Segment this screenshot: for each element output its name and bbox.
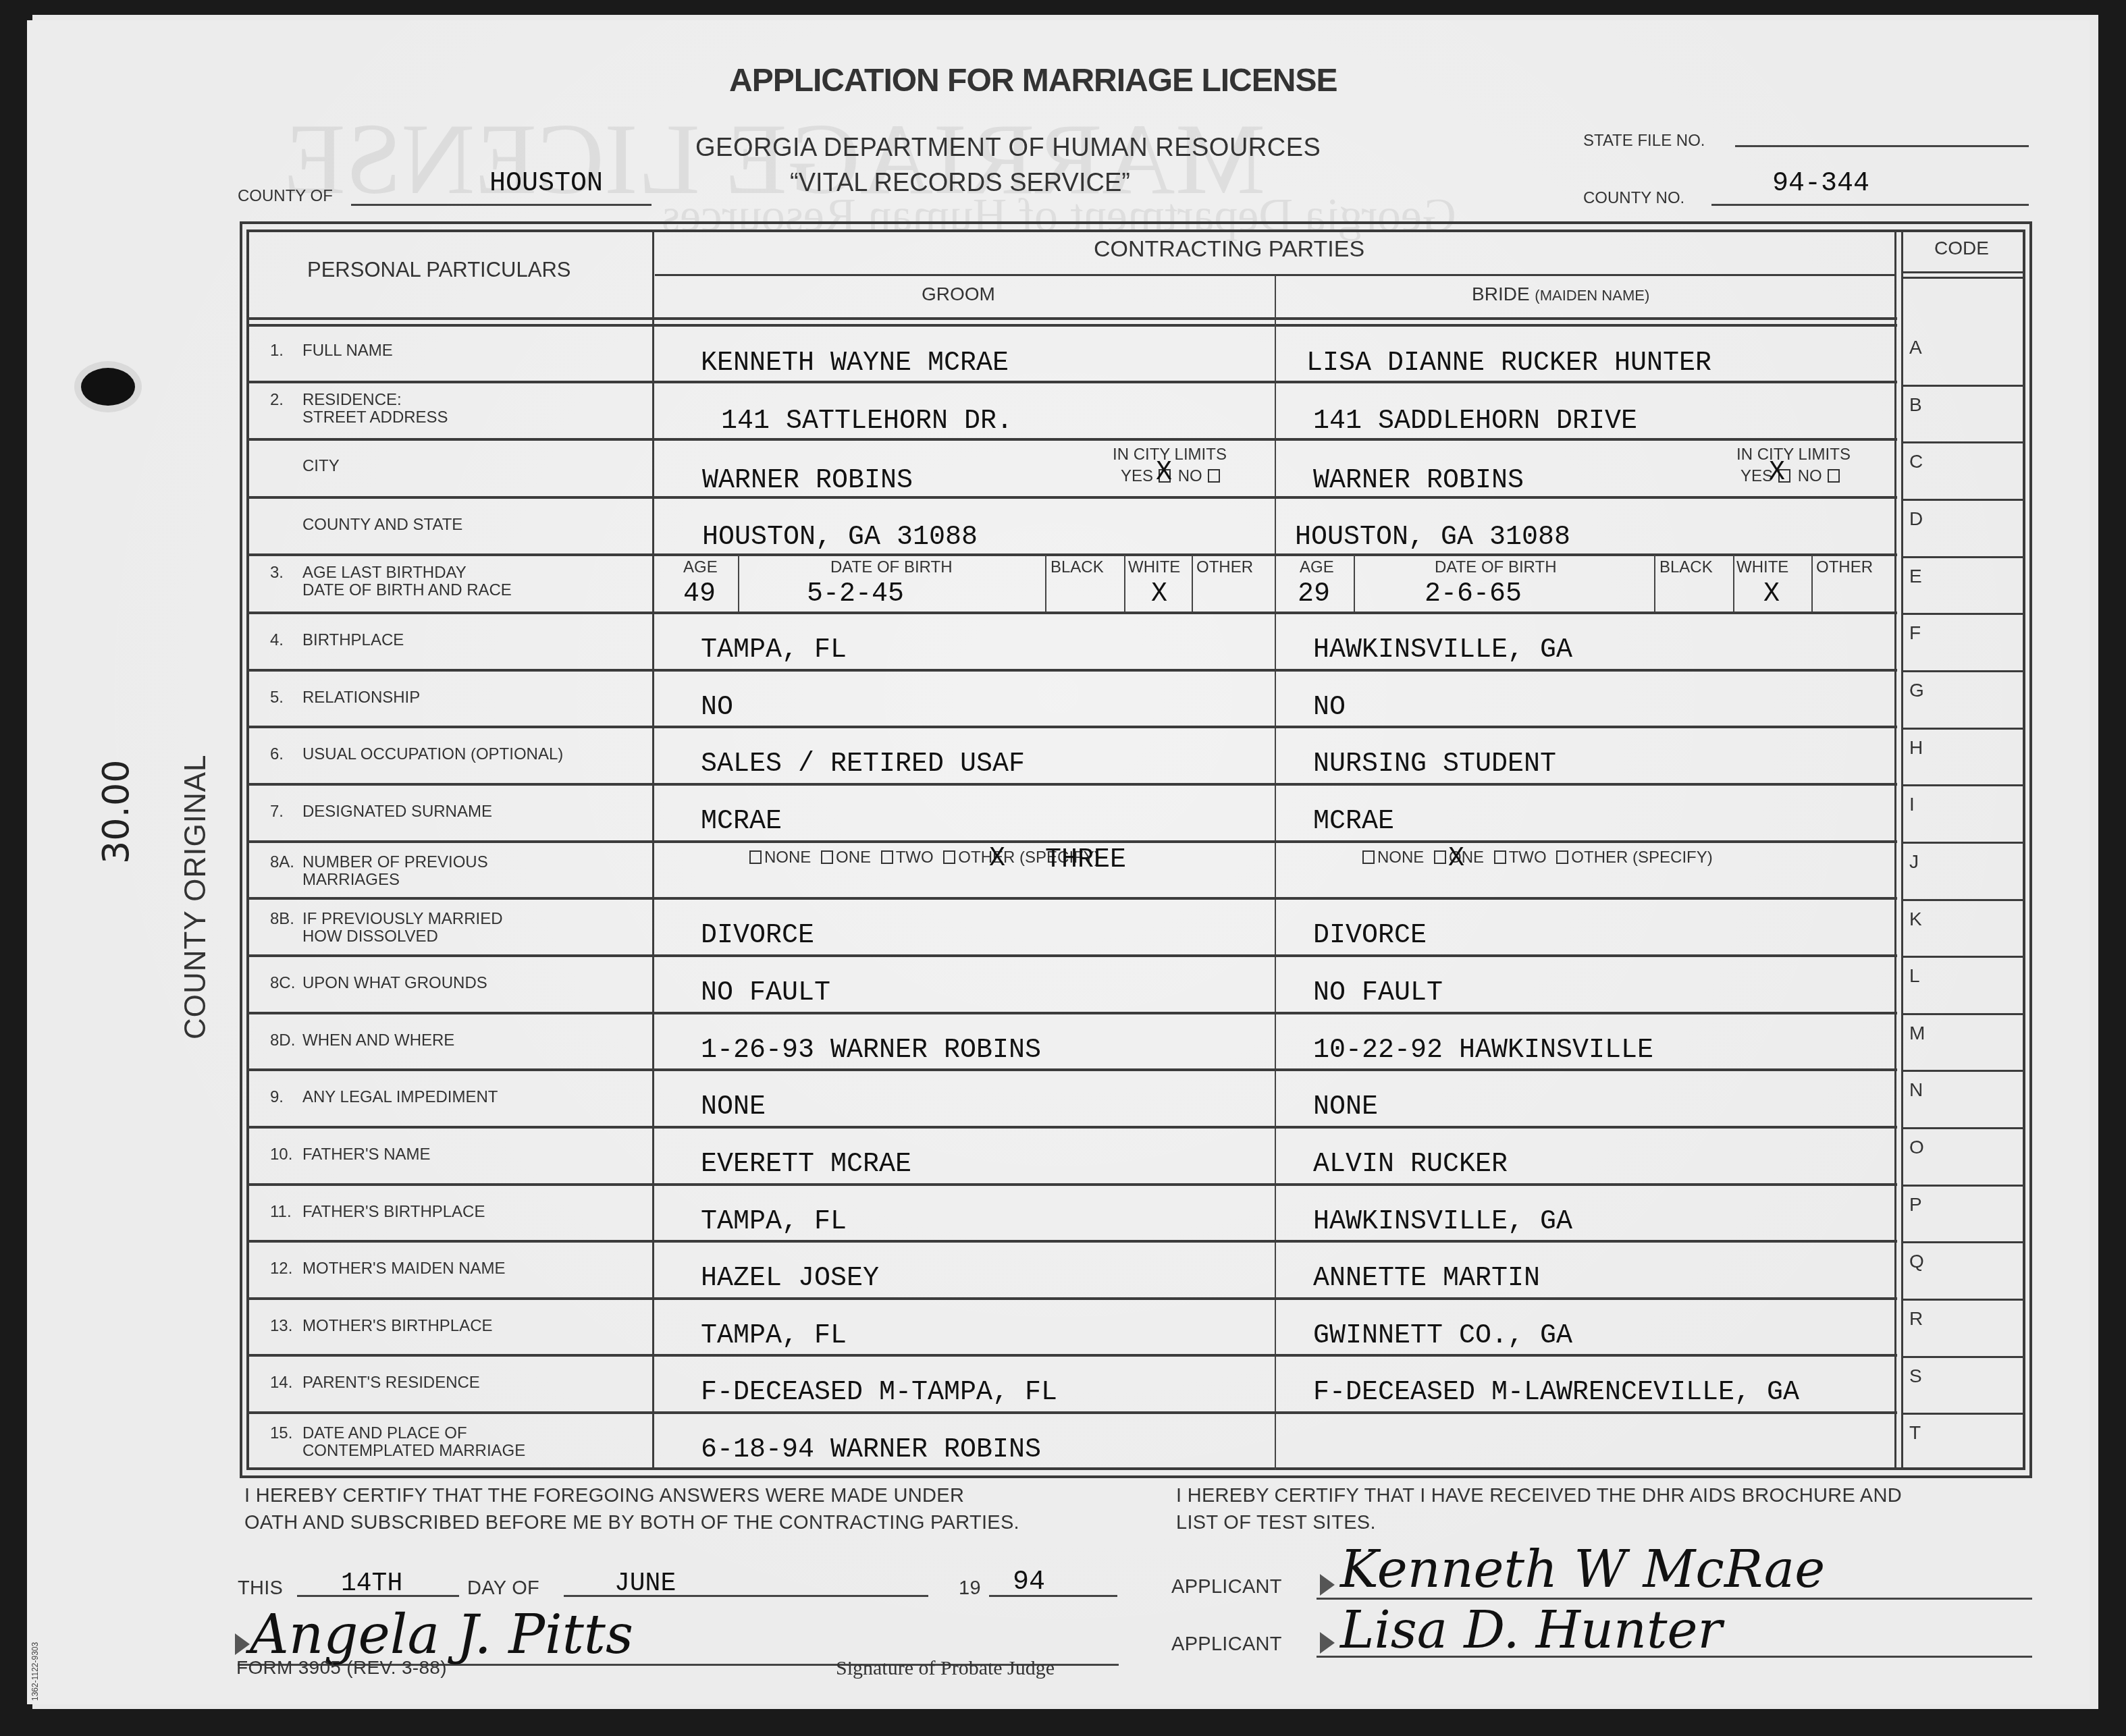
code-column-divider-2 [1901, 229, 1903, 1470]
groom-how-dissolved[interactable]: DIVORCE [701, 921, 814, 951]
groom-other-checkbox[interactable] [943, 850, 955, 864]
judge-certification-line2: OATH AND SUBSCRIBED BEFORE ME BY BOTH OF… [244, 1512, 1019, 1534]
bride-none-checkbox[interactable] [1362, 850, 1375, 864]
bride-city[interactable]: WARNER ROBINS [1313, 466, 1524, 496]
bride-other-label: OTHER [1816, 558, 1873, 577]
bride-county-state[interactable]: HOUSTON, GA 31088 [1295, 522, 1570, 553]
county-no-underline [1711, 204, 2029, 206]
row-label-residence: 2.RESIDENCE:STREET ADDRESS [270, 391, 448, 427]
county-no-label: COUNTY NO. [1583, 189, 1684, 208]
option-two: TWO [896, 848, 934, 867]
bride-how-dissolved[interactable]: DIVORCE [1313, 921, 1427, 951]
code-divider [1901, 1185, 2025, 1187]
row-divider [246, 1411, 1897, 1414]
bride-birthplace[interactable]: HAWKINSVILLE, GA [1313, 635, 1572, 666]
groom-birthplace[interactable]: TAMPA, FL [701, 635, 847, 666]
this-label: THIS [238, 1577, 283, 1600]
groom-street-address[interactable]: 141 SATTLEHORN DR. [721, 406, 1013, 437]
groom-parents-residence[interactable]: F-DECEASED M-TAMPA, FL [701, 1378, 1057, 1408]
code-divider [1901, 499, 2025, 501]
groom-relationship[interactable]: NO [701, 693, 733, 723]
groom-occupation[interactable]: SALES / RETIRED USAF [701, 749, 1025, 780]
applicant-label-1: APPLICANT [1171, 1576, 1282, 1598]
row-divider [246, 1297, 1897, 1300]
groom-city-limits-no-checkbox[interactable] [1208, 469, 1220, 483]
form-number: FORM 3905 (REV. 3-88) [236, 1657, 447, 1679]
groom-previous-marriages-specify[interactable]: THREE [1045, 845, 1126, 875]
row-divider [246, 1354, 1897, 1357]
bride-race-white-mark[interactable]: X [1763, 579, 1780, 609]
day-field[interactable]: 14TH [341, 1569, 402, 1598]
groom-age-label: AGE [683, 558, 718, 577]
county-of-underline [351, 204, 652, 206]
code-divider [1901, 728, 2025, 730]
header-divider-2 [246, 324, 1897, 327]
row-divider [246, 553, 1897, 556]
bride-age[interactable]: 29 [1298, 579, 1330, 609]
bride-black-divider [1733, 555, 1734, 612]
code-cell-i[interactable]: I [1909, 794, 1915, 815]
groom-bride-divider [1275, 275, 1276, 1470]
bride-dob-label: DATE OF BIRTH [1435, 558, 1556, 577]
judge-signature-caption: Signature of Probate Judge [836, 1657, 1055, 1680]
row-divider [246, 1126, 1897, 1129]
code-cell-r[interactable]: R [1909, 1308, 1923, 1330]
bride-city-limits-check-mark: X [1769, 458, 1785, 488]
code-cell-a[interactable]: A [1909, 337, 1922, 358]
code-cell-c[interactable]: C [1909, 451, 1923, 472]
aids-certification-line1: I HEREBY CERTIFY THAT I HAVE RECEIVED TH… [1176, 1485, 1902, 1507]
header-divider-1 [246, 317, 1897, 320]
groom-grounds[interactable]: NO FAULT [701, 978, 830, 1008]
bride-city-limits: YES NO [1740, 467, 1842, 486]
code-divider [1901, 613, 2025, 615]
row-divider [246, 726, 1897, 728]
code-cell-f[interactable]: F [1909, 622, 1921, 644]
punch-hole [81, 368, 135, 406]
row-divider [246, 381, 1897, 383]
bride-fathers-birthplace[interactable]: HAWKINSVILLE, GA [1313, 1207, 1572, 1237]
row-label-city: CITY [270, 458, 340, 475]
code-cell-n[interactable]: N [1909, 1079, 1923, 1101]
code-cell-p[interactable]: P [1909, 1194, 1922, 1216]
row-divider [246, 1068, 1897, 1071]
code-cell-b[interactable]: B [1909, 394, 1922, 416]
groom-marriage-date-place[interactable]: 6-18-94 WARNER ROBINS [701, 1435, 1041, 1465]
bride-one-checkbox[interactable] [1434, 850, 1446, 864]
header-contracting-parties: CONTRACTING PARTIES [1094, 236, 1364, 263]
fee-annotation: 30.00 [95, 759, 137, 864]
option-none: NONE [764, 848, 811, 867]
bride-mothers-birthplace[interactable]: GWINNETT CO., GA [1313, 1321, 1572, 1351]
code-cell-h[interactable]: H [1909, 737, 1923, 759]
header-personal-particulars: PERSONAL PARTICULARS [307, 258, 570, 282]
groom-previous-marriages-check-mark: X [989, 844, 1005, 874]
year-prefix: 19 [959, 1577, 981, 1600]
sign-here-arrow-icon [1320, 1574, 1335, 1596]
option-two: TWO [1509, 848, 1547, 867]
code-divider [1901, 1070, 2025, 1072]
groom-dob-label: DATE OF BIRTH [830, 558, 952, 577]
form-title: APPLICATION FOR MARRIAGE LICENSE [729, 62, 1337, 99]
groom-white-divider [1192, 555, 1193, 612]
option-one: ONE [836, 848, 871, 867]
groom-white-label: WHITE [1128, 558, 1180, 577]
code-cell-e[interactable]: E [1909, 566, 1922, 587]
groom-none-checkbox[interactable] [749, 850, 762, 864]
bride-parents-residence[interactable]: F-DECEASED M-LAWRENCEVILLE, GA [1313, 1378, 1799, 1408]
groom-age[interactable]: 49 [683, 579, 716, 609]
code-column-divider-1 [1894, 229, 1896, 1470]
row-label-fathers-birthplace: 11.FATHER'S BIRTHPLACE [270, 1203, 485, 1221]
groom-dob-divider [1045, 555, 1046, 612]
code-cell-s[interactable]: S [1909, 1365, 1922, 1387]
code-divider [1901, 441, 2025, 443]
bride-city-limits-label: IN CITY LIMITS [1736, 445, 1851, 464]
service-name: “VITAL RECORDS SERVICE” [790, 169, 1130, 198]
groom-designated-surname[interactable]: MCRAE [701, 807, 782, 837]
county-no-field[interactable]: 94-344 [1772, 169, 1869, 199]
row-label-grounds: 8C.UPON WHAT GROUNDS [270, 975, 487, 992]
code-divider [1901, 1299, 2025, 1301]
year-field[interactable]: 94 [1013, 1567, 1045, 1598]
groom-full-name[interactable]: KENNETH WAYNE MCRAE [701, 348, 1009, 379]
row-label-full-name: 1.FULL NAME [270, 342, 393, 360]
option-other: OTHER (SPECIFY) [1571, 848, 1712, 867]
row-label-fathers-name: 10.FATHER'S NAME [270, 1146, 431, 1164]
bride-age-divider [1354, 555, 1355, 612]
bride-relationship[interactable]: NO [1313, 693, 1346, 723]
yes-label: YES [1740, 467, 1773, 485]
row-label-age-race: 3.AGE LAST BIRTHDAYDATE OF BIRTH AND RAC… [270, 564, 512, 599]
code-divider [1901, 1356, 2025, 1358]
applicant2-signature[interactable]: Lisa D. Hunter [1340, 1600, 1722, 1660]
groom-age-divider [738, 555, 739, 612]
code-cell-k[interactable]: K [1909, 908, 1922, 930]
bride-previous-marriages-check-mark: X [1448, 844, 1464, 874]
header-groom: GROOM [922, 283, 995, 305]
row-divider [246, 1183, 1897, 1186]
row-divider [246, 897, 1897, 900]
county-of-label: COUNTY OF [238, 187, 333, 206]
code-divider [1901, 899, 2025, 901]
row-label-relationship: 5.RELATIONSHIP [270, 689, 420, 707]
row-label-marriage-date-place: 15.DATE AND PLACE OFCONTEMPLATED MARRIAG… [270, 1425, 525, 1460]
yes-label: YES [1121, 467, 1153, 485]
bride-previous-marriages-options: NONE ONE TWO OTHER (SPECIFY) [1357, 848, 1713, 867]
row-label-how-dissolved: 8B.IF PREVIOUSLY MARRIEDHOW DISSOLVED [270, 911, 503, 946]
row-label-parents-residence: 14.PARENT'S RESIDENCE [270, 1374, 480, 1392]
code-divider [1901, 784, 2025, 786]
sign-here-arrow-icon [235, 1633, 250, 1655]
code-divider [1901, 1013, 2025, 1015]
row-label-designated-surname: 7.DESIGNATED SURNAME [270, 803, 492, 821]
code-cell-d[interactable]: D [1909, 508, 1923, 530]
row-label-mothers-birthplace: 13.MOTHER'S BIRTHPLACE [270, 1318, 493, 1335]
header-bride: BRIDE (MAIDEN NAME) [1472, 283, 1649, 305]
groom-other-label: OTHER [1196, 558, 1253, 577]
code-divider [1901, 385, 2025, 387]
month-field[interactable]: JUNE [614, 1569, 676, 1598]
sign-here-arrow-icon [1320, 1632, 1335, 1654]
code-divider [1901, 271, 2025, 273]
row-label-when-where: 8D.WHEN AND WHERE [270, 1032, 454, 1050]
bride-fathers-name[interactable]: ALVIN RUCKER [1313, 1149, 1508, 1180]
code-divider [1901, 556, 2025, 558]
bride-date-of-birth[interactable]: 2-6-65 [1425, 579, 1522, 609]
bride-mothers-maiden-name[interactable]: ANNETTE MARTIN [1313, 1264, 1540, 1294]
groom-date-of-birth[interactable]: 5-2-45 [807, 579, 904, 609]
state-file-no-label: STATE FILE NO. [1583, 132, 1705, 151]
groom-mothers-birthplace[interactable]: TAMPA, FL [701, 1321, 847, 1351]
groom-city-limits-check-mark: X [1156, 458, 1172, 488]
code-cell-g[interactable]: G [1909, 680, 1924, 701]
bride-other-checkbox[interactable] [1556, 850, 1568, 864]
row-divider [246, 954, 1897, 957]
groom-fathers-name[interactable]: EVERETT MCRAE [701, 1149, 911, 1180]
bride-black-label: BLACK [1659, 558, 1713, 577]
row-divider [246, 1012, 1897, 1014]
code-divider [1901, 1127, 2025, 1129]
groom-black-divider [1124, 555, 1125, 612]
row-divider [246, 840, 1897, 843]
groom-race-white-mark[interactable]: X [1151, 579, 1167, 609]
state-file-no-underline [1735, 145, 2029, 147]
bride-legal-impediment[interactable]: NONE [1313, 1092, 1378, 1122]
row-label-county-state: COUNTY AND STATE [270, 516, 462, 534]
code-divider [1901, 1241, 2025, 1243]
row-divider [246, 438, 1897, 441]
row-label-birthplace: 4.BIRTHPLACE [270, 632, 404, 649]
row-label-mothers-maiden-name: 12.MOTHER'S MAIDEN NAME [270, 1260, 506, 1278]
code-divider [1901, 956, 2025, 958]
bride-dob-divider [1654, 555, 1655, 612]
department-name: GEORGIA DEPARTMENT OF HUMAN RESOURCES [695, 134, 1321, 163]
bride-designated-surname[interactable]: MCRAE [1313, 807, 1394, 837]
particulars-table [246, 229, 2025, 1470]
code-divider [1901, 670, 2025, 672]
code-cell-j[interactable]: J [1909, 851, 1919, 873]
row-divider [246, 612, 1897, 614]
applicant1-signature[interactable]: Kenneth W McRae [1340, 1539, 1825, 1599]
groom-legal-impediment[interactable]: NONE [701, 1092, 766, 1122]
stock-number: 1362-1122-9303 [30, 1642, 40, 1701]
year-underline [989, 1595, 1117, 1597]
no-label: NO [1178, 467, 1202, 485]
groom-one-checkbox[interactable] [821, 850, 833, 864]
row-divider [246, 783, 1897, 786]
groom-county-state[interactable]: HOUSTON, GA 31088 [702, 522, 978, 553]
row-divider [246, 496, 1897, 499]
applicant-label-2: APPLICANT [1171, 1633, 1282, 1656]
bride-age-label: AGE [1300, 558, 1334, 577]
code-divider [1901, 1413, 2025, 1415]
groom-two-checkbox[interactable] [881, 850, 893, 864]
groom-mothers-maiden-name[interactable]: HAZEL JOSEY [701, 1264, 879, 1294]
code-cell-m[interactable]: M [1909, 1023, 1925, 1044]
no-label: NO [1798, 467, 1822, 485]
code-cell-l[interactable]: L [1909, 965, 1920, 987]
code-divider [1901, 277, 2025, 279]
bride-white-divider [1811, 555, 1813, 612]
groom-black-label: BLACK [1051, 558, 1104, 577]
groom-when-where[interactable]: 1-26-93 WARNER ROBINS [701, 1035, 1041, 1066]
code-cell-t[interactable]: T [1909, 1422, 1921, 1444]
option-none: NONE [1377, 848, 1424, 867]
bride-two-checkbox[interactable] [1494, 850, 1506, 864]
bride-grounds[interactable]: NO FAULT [1313, 978, 1443, 1008]
county-original-label: COUNTY ORIGINAL [179, 755, 213, 1039]
code-cell-o[interactable]: O [1909, 1137, 1924, 1158]
bride-occupation[interactable]: NURSING STUDENT [1313, 749, 1556, 780]
code-divider [1901, 842, 2025, 844]
header-code: CODE [1934, 238, 1989, 259]
bride-street-address[interactable]: 141 SADDLEHORN DRIVE [1313, 406, 1637, 437]
particulars-column-divider [652, 229, 654, 1470]
row-label-occupation: 6.USUAL OCCUPATION (OPTIONAL) [270, 746, 563, 763]
groom-fathers-birthplace[interactable]: TAMPA, FL [701, 1207, 847, 1237]
day-of-label: DAY OF [467, 1577, 539, 1600]
aids-certification-line2: LIST OF TEST SITES. [1176, 1512, 1376, 1534]
judge-certification-line1: I HEREBY CERTIFY THAT THE FOREGOING ANSW… [244, 1485, 964, 1507]
row-divider [246, 669, 1897, 672]
row-label-legal-impediment: 9.ANY LEGAL IMPEDIMENT [270, 1089, 498, 1106]
row-label-previous-marriages: 8A.NUMBER OF PREVIOUSMARRIAGES [270, 854, 488, 889]
groom-city[interactable]: WARNER ROBINS [702, 466, 913, 496]
bride-when-where[interactable]: 10-22-92 HAWKINSVILLE [1313, 1035, 1653, 1066]
bride-white-label: WHITE [1736, 558, 1788, 577]
row-divider [246, 1240, 1897, 1243]
bride-full-name[interactable]: LISA DIANNE RUCKER HUNTER [1306, 348, 1711, 379]
code-cell-q[interactable]: Q [1909, 1251, 1924, 1272]
bride-city-limits-no-checkbox[interactable] [1828, 469, 1840, 483]
county-of-field[interactable]: HOUSTON [489, 169, 603, 199]
